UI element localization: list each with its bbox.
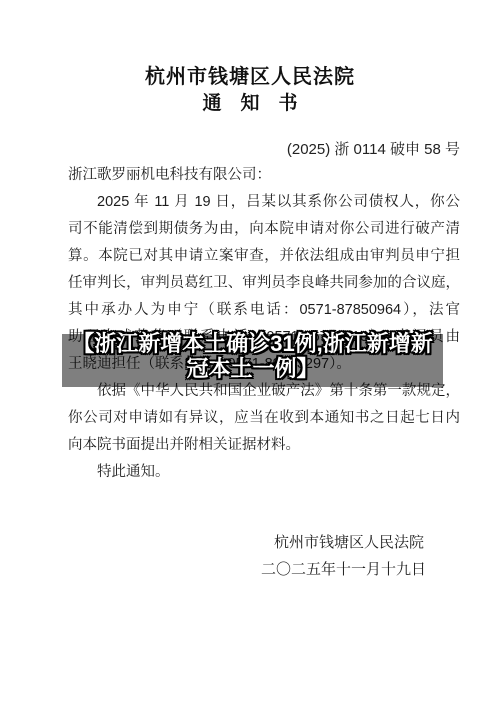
body-line: 算。本院已对其申请立案审查，并依法组成由审判员申宁担 — [68, 243, 460, 270]
overlay-banner: 【浙江新增本土确诊31例,浙江新增新冠本土一例】 — [62, 334, 443, 387]
body-line: 向本院书面提出并附相关证据材料。 — [68, 432, 460, 459]
body-line: 2025 年 11 月 19 日，吕某以其系你公司债权人，你公 — [68, 189, 460, 216]
body-line: 特此通知。 — [68, 459, 460, 486]
recipient-line: 浙江歌罗丽机电科技有限公司： — [68, 162, 460, 189]
body-line: 其中承办人为申宁（联系电话：0571-87850964），法官 — [68, 297, 460, 324]
body-line: 司不能清偿到期债务为由，向本院申请对你公司进行破产清 — [68, 216, 460, 243]
body-line: 任审判长，审判员葛红卫、审判员李良峰共同参加的合议庭， — [68, 270, 460, 297]
notice-body: 浙江歌罗丽机电科技有限公司： 2025 年 11 月 19 日，吕某以其系你公司… — [68, 162, 460, 486]
court-notice-document: { "document": { "court_header": "杭州市钱塘区人… — [0, 0, 500, 706]
court-header-title: 杭州市钱塘区人民法院 — [0, 60, 500, 89]
signature-court: 杭州市钱塘区人民法院 — [0, 531, 500, 552]
notice-type-title: 通 知 书 — [0, 88, 500, 115]
body-line: 你公司对申请如有异议，应当在收到本通知书之日起七日内 — [68, 405, 460, 432]
banner-caption-text: 【浙江新增本土确诊31例,浙江新增新冠本土一例】 — [62, 331, 443, 381]
case-number: (2025) 浙 0114 破申 58 号 — [0, 138, 500, 159]
signature-date: 二〇二五年十一月十九日 — [0, 558, 500, 579]
